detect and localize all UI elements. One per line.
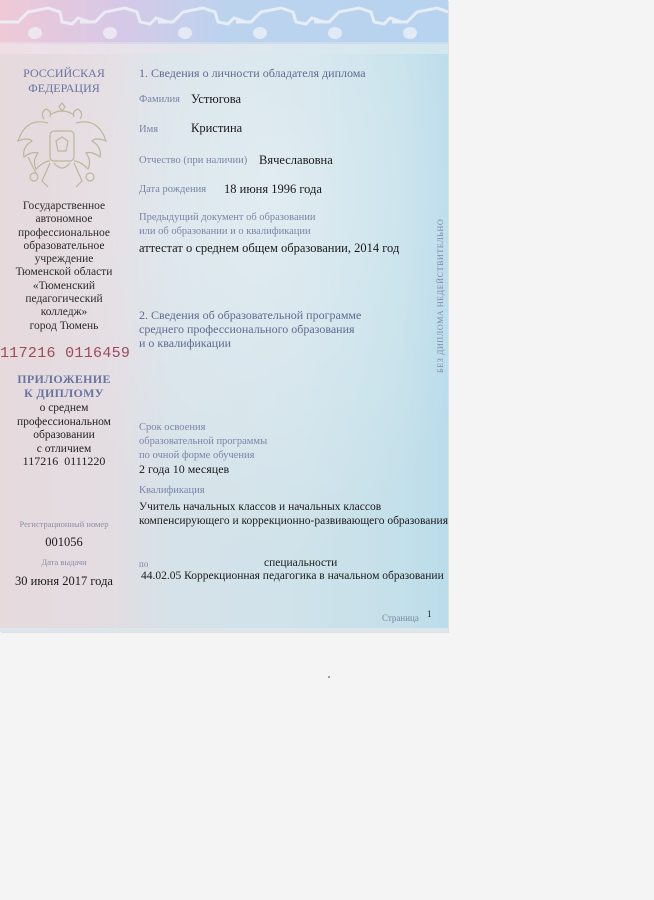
- diploma-serial-number: 117216 0116459: [0, 345, 132, 362]
- side-watermark-note: БЕЗ ДИПЛОМА НЕДЕЙСТВИТЕЛЬНО: [436, 219, 445, 373]
- page-label: Страница: [382, 613, 419, 623]
- specialty-word: специальности: [264, 557, 337, 569]
- institution-line: город Тюмень: [0, 320, 128, 333]
- institution-line: Государственное: [0, 200, 128, 213]
- study-duration-label-line-1: Срок освоения: [139, 421, 267, 435]
- study-duration-label-line-2: образовательной программы: [139, 435, 267, 449]
- institution-line: колледж»: [0, 306, 128, 319]
- patronymic-value: Вячеславовна: [259, 153, 333, 168]
- supplement-serial-number: 117216 0111220: [0, 454, 128, 469]
- section-2-title-line-1: 2. Сведения об образовательной программе: [139, 308, 361, 322]
- qualification-value: Учитель начальных классов и начальных кл…: [139, 500, 448, 528]
- section-1-title: 1. Сведения о личности обладателя диплом…: [139, 66, 366, 81]
- qualification-line-1: Учитель начальных классов и начальных кл…: [139, 500, 448, 514]
- surname-label: Фамилия: [139, 94, 180, 105]
- issue-date: 30 июня 2017 года: [0, 574, 128, 589]
- by-label: по: [139, 559, 148, 569]
- supplement-title-line-2: К ДИПЛОМУ: [0, 386, 128, 400]
- security-pattern-strip: [0, 44, 448, 54]
- institution-line: профессиональное: [0, 227, 128, 240]
- section-2-title-line-2: среднего профессионального образования: [139, 322, 361, 336]
- institution-line: образовательное: [0, 240, 128, 253]
- institution-name: Государственное автономное профессиональ…: [0, 200, 128, 333]
- section-2-title: 2. Сведения об образовательной программе…: [139, 308, 361, 350]
- institution-line: учреждение: [0, 253, 128, 266]
- supplement-desc-line: о среднем: [0, 402, 128, 416]
- supplement-title: ПРИЛОЖЕНИЕ К ДИПЛОМУ: [0, 372, 128, 400]
- registration-number-label: Регистрационный номер: [0, 519, 128, 529]
- qualification-label: Квалификация: [139, 485, 205, 496]
- birth-date-value: 18 июня 1996 года: [224, 182, 322, 197]
- qualification-line-2: компенсирующего и коррекционно-развивающ…: [139, 514, 448, 528]
- supplement-desc-line: профессиональном: [0, 416, 128, 430]
- registration-number: 001056: [0, 535, 128, 550]
- patronymic-label: Отчество (при наличии): [139, 155, 247, 166]
- supplement-description: о среднем профессиональном образовании с…: [0, 402, 128, 456]
- institution-line: педагогический: [0, 293, 128, 306]
- specialty-value: 44.02.05 Коррекционная педагогика в нача…: [141, 570, 444, 582]
- supplement-title-line-1: ПРИЛОЖЕНИЕ: [0, 372, 128, 386]
- country-line-2: ФЕДЕРАЦИЯ: [0, 81, 128, 96]
- page-number: 1: [427, 609, 432, 619]
- scan-speck: [328, 676, 330, 678]
- supplement-desc-line: образовании: [0, 429, 128, 443]
- issue-date-label: Дата выдачи: [0, 557, 128, 567]
- section-2-title-line-3: и о квалификации: [139, 336, 361, 350]
- country-line-1: РОССИЙСКАЯ: [0, 66, 128, 81]
- institution-line: Тюменской области: [0, 266, 128, 279]
- previous-document-label-line-1: Предыдущий документ об образовании: [139, 212, 315, 223]
- study-duration-label-line-3: по очной форме обучения: [139, 449, 267, 463]
- name-value: Кристина: [191, 121, 242, 136]
- birth-date-label: Дата рождения: [139, 184, 206, 195]
- previous-document-value: аттестат о среднем общем образовании, 20…: [139, 241, 399, 256]
- diploma-supplement-page: РОССИЙСКАЯ ФЕДЕРАЦИЯ Государственное авт…: [0, 0, 448, 632]
- country-name: РОССИЙСКАЯ ФЕДЕРАЦИЯ: [0, 66, 128, 96]
- study-duration-value: 2 года 10 месяцев: [139, 462, 229, 477]
- previous-document-label-line-2: или об образовании и о квалификации: [139, 226, 311, 237]
- institution-line: «Тюменский: [0, 280, 128, 293]
- institution-line: автономное: [0, 213, 128, 226]
- surname-value: Устюгова: [191, 92, 241, 107]
- security-pattern-band: [0, 0, 448, 44]
- study-duration-label: Срок освоения образовательной программы …: [139, 421, 267, 463]
- name-label: Имя: [139, 124, 158, 135]
- double-headed-eagle-emblem-icon: [14, 97, 110, 197]
